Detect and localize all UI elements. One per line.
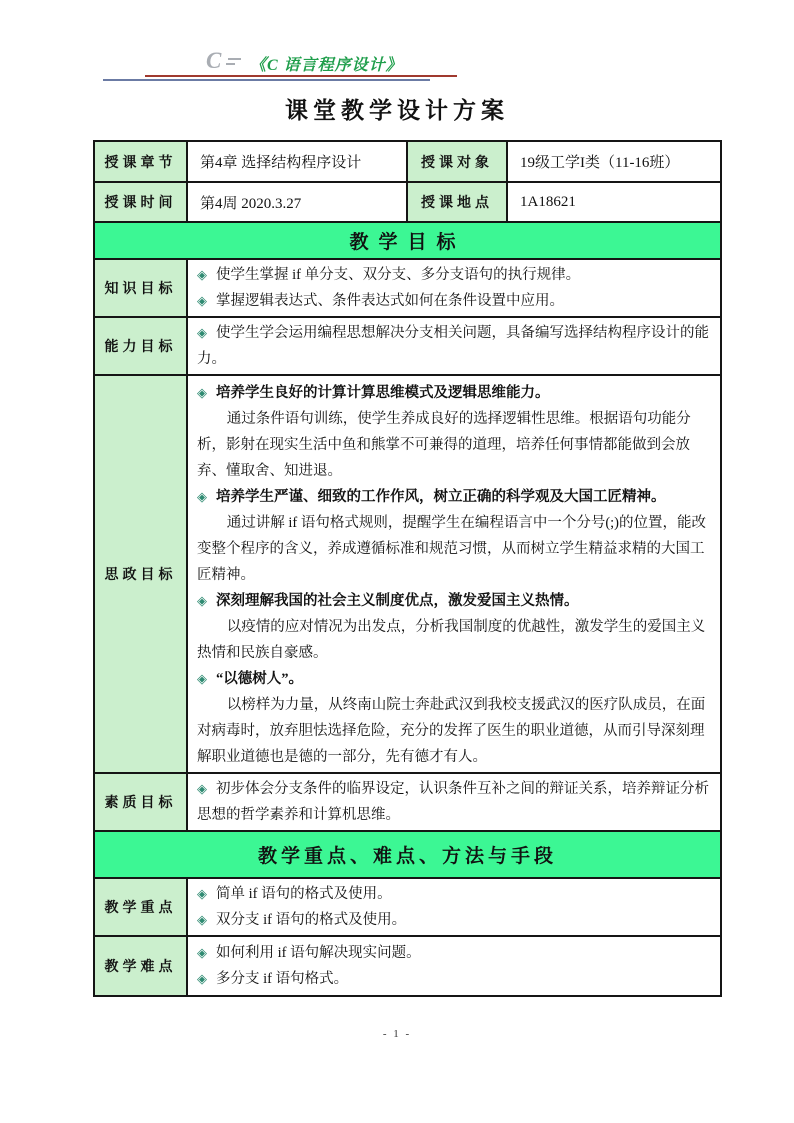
method-item-text: 如何利用 if 语句解决现实问题。 <box>216 945 421 961</box>
bullet-line: ◈多分支 if 语句格式。 <box>197 966 710 992</box>
teaching-focus-content: ◈简单 if 语句的格式及使用。 ◈双分支 if 语句的格式及使用。 <box>187 878 721 936</box>
c-logo-letter: C <box>206 48 221 74</box>
diamond-bullet-icon: ◈ <box>197 267 207 282</box>
lesson-plan-table: 授课章节 第4章 选择结构程序设计 授课对象 19级工学I类（11-16班） 授… <box>93 140 722 997</box>
diamond-bullet-icon: ◈ <box>197 971 207 986</box>
table-row: 教学重点 ◈简单 if 语句的格式及使用。 ◈双分支 if 语句的格式及使用。 <box>94 878 721 936</box>
page-title: 课堂教学设计方案 <box>0 92 794 125</box>
bullet-line: ◈培养学生良好的计算计算思维模式及逻辑思维能力。 <box>197 380 710 406</box>
bullet-line: ◈双分支 if 语句的格式及使用。 <box>197 907 710 933</box>
label-ideology-goal: 思政目标 <box>94 375 187 773</box>
bullet-line: ◈初步体会分支条件的临界设定，认识条件互补之间的辩证关系，培养辩证分析思想的哲学… <box>197 776 710 828</box>
teaching-difficulty-content: ◈如何利用 if 语句解决现实问题。 ◈多分支 if 语句格式。 <box>187 936 721 996</box>
table-row: 能力目标 ◈使学生学会运用编程思想解决分支相关问题，具备编写选择结构程序设计的能… <box>94 317 721 375</box>
diamond-bullet-icon: ◈ <box>197 385 207 400</box>
diamond-bullet-icon: ◈ <box>197 886 207 901</box>
goal-item-text: 掌握逻辑表达式、条件表达式如何在条件设置中应用。 <box>216 293 564 309</box>
bullet-line: ◈掌握逻辑表达式、条件表达式如何在条件设置中应用。 <box>197 288 710 314</box>
method-item-text: 双分支 if 语句的格式及使用。 <box>216 912 406 928</box>
value-chapter: 第4章 选择结构程序设计 <box>187 141 407 182</box>
header-rule-blue <box>103 79 430 81</box>
bullet-line: ◈培养学生严谨、细致的工作作风，树立正确的科学观及大国工匠精神。 <box>197 484 710 510</box>
section-banner-teaching-goals: 教学目标 <box>94 222 721 259</box>
diamond-bullet-icon: ◈ <box>197 593 207 608</box>
diamond-bullet-icon: ◈ <box>197 671 207 686</box>
goal-item-text: 使学生掌握 if 单分支、双分支、多分支语句的执行规律。 <box>216 267 580 283</box>
goal-item-text: 使学生学会运用编程思想解决分支相关问题，具备编写选择结构程序设计的能力。 <box>197 325 709 367</box>
header-rule-red <box>145 75 457 77</box>
goal-item-text: 培养学生良好的计算计算思维模式及逻辑思维能力。 <box>216 385 550 401</box>
label-teaching-difficulty: 教学难点 <box>94 936 187 996</box>
diamond-bullet-icon: ◈ <box>197 912 207 927</box>
bullet-line: ◈使学生掌握 if 单分支、双分支、多分支语句的执行规律。 <box>197 262 710 288</box>
knowledge-goal-content: ◈使学生掌握 if 单分支、双分支、多分支语句的执行规律。 ◈掌握逻辑表达式、条… <box>187 259 721 317</box>
course-logo-title: 《C 语言程序设计》 <box>250 52 403 75</box>
table-row: 授课时间 第4周 2020.3.27 授课地点 1A18621 <box>94 182 721 222</box>
diamond-bullet-icon: ◈ <box>197 293 207 308</box>
quality-goal-content: ◈初步体会分支条件的临界设定，认识条件互补之间的辩证关系，培养辩证分析思想的哲学… <box>187 773 721 831</box>
bullet-line: ◈“以德树人”。 <box>197 666 710 692</box>
goal-paragraph: 通过条件语句训练，使学生养成良好的选择逻辑性思维。根据语句功能分析，影射在现实生… <box>197 406 710 484</box>
bullet-line: ◈如何利用 if 语句解决现实问题。 <box>197 940 710 966</box>
goal-item-text: 培养学生严谨、细致的工作作风，树立正确的科学观及大国工匠精神。 <box>216 489 666 505</box>
document-page: C 《C 语言程序设计》 课堂教学设计方案 授课章节 第4章 选择结构程序设计 … <box>0 0 794 1123</box>
goal-item-text: 初步体会分支条件的临界设定，认识条件互补之间的辩证关系，培养辩证分析思想的哲学素… <box>197 781 709 823</box>
ideology-goal-content: ◈培养学生良好的计算计算思维模式及逻辑思维能力。 通过条件语句训练，使学生养成良… <box>187 375 721 773</box>
label-location: 授课地点 <box>407 182 507 222</box>
table-row: 教学难点 ◈如何利用 if 语句解决现实问题。 ◈多分支 if 语句格式。 <box>94 936 721 996</box>
goal-paragraph: 以疫情的应对情况为出发点，分析我国制度的优越性，激发学生的爱国主义热情和民族自豪… <box>197 614 710 666</box>
table-row: 教学重点、难点、方法与手段 <box>94 831 721 878</box>
value-time: 第4周 2020.3.27 <box>187 182 407 222</box>
goal-paragraph: 通过讲解 if 语句格式规则，提醒学生在编程语言中一个分号(;)的位置，能改变整… <box>197 510 710 588</box>
ability-goal-content: ◈使学生学会运用编程思想解决分支相关问题，具备编写选择结构程序设计的能力。 <box>187 317 721 375</box>
bullet-line: ◈深刻理解我国的社会主义制度优点，激发爱国主义热情。 <box>197 588 710 614</box>
table-row: 知识目标 ◈使学生掌握 if 单分支、双分支、多分支语句的执行规律。 ◈掌握逻辑… <box>94 259 721 317</box>
table-row: 素质目标 ◈初步体会分支条件的临界设定，认识条件互补之间的辩证关系，培养辩证分析… <box>94 773 721 831</box>
section-banner-methods: 教学重点、难点、方法与手段 <box>94 831 721 878</box>
value-audience: 19级工学I类（11-16班） <box>507 141 721 182</box>
method-item-text: 多分支 if 语句格式。 <box>216 971 348 987</box>
diamond-bullet-icon: ◈ <box>197 325 207 340</box>
diamond-bullet-icon: ◈ <box>197 781 207 796</box>
goal-item-text: 深刻理解我国的社会主义制度优点，激发爱国主义热情。 <box>216 593 579 609</box>
label-chapter: 授课章节 <box>94 141 187 182</box>
goal-item-text: “以德树人”。 <box>216 671 303 687</box>
label-quality-goal: 素质目标 <box>94 773 187 831</box>
bullet-line: ◈使学生学会运用编程思想解决分支相关问题，具备编写选择结构程序设计的能力。 <box>197 320 710 372</box>
label-knowledge-goal: 知识目标 <box>94 259 187 317</box>
bullet-line: ◈简单 if 语句的格式及使用。 <box>197 881 710 907</box>
label-ability-goal: 能力目标 <box>94 317 187 375</box>
logo-speedline-icon <box>228 58 241 60</box>
label-time: 授课时间 <box>94 182 187 222</box>
table-row: 教学目标 <box>94 222 721 259</box>
label-teaching-focus: 教学重点 <box>94 878 187 936</box>
diamond-bullet-icon: ◈ <box>197 945 207 960</box>
method-item-text: 简单 if 语句的格式及使用。 <box>216 886 392 902</box>
table-row: 授课章节 第4章 选择结构程序设计 授课对象 19级工学I类（11-16班） <box>94 141 721 182</box>
logo-speedline-icon <box>226 63 235 65</box>
table-row: 思政目标 ◈培养学生良好的计算计算思维模式及逻辑思维能力。 通过条件语句训练，使… <box>94 375 721 773</box>
document-header: C 《C 语言程序设计》 <box>0 50 794 84</box>
page-number: - 1 - <box>0 1028 794 1040</box>
goal-paragraph: 以榜样为力量，从终南山院士奔赴武汉到我校支援武汉的医疗队成员，在面对病毒时，放弃… <box>197 692 710 770</box>
diamond-bullet-icon: ◈ <box>197 489 207 504</box>
label-audience: 授课对象 <box>407 141 507 182</box>
value-location: 1A18621 <box>507 182 721 222</box>
